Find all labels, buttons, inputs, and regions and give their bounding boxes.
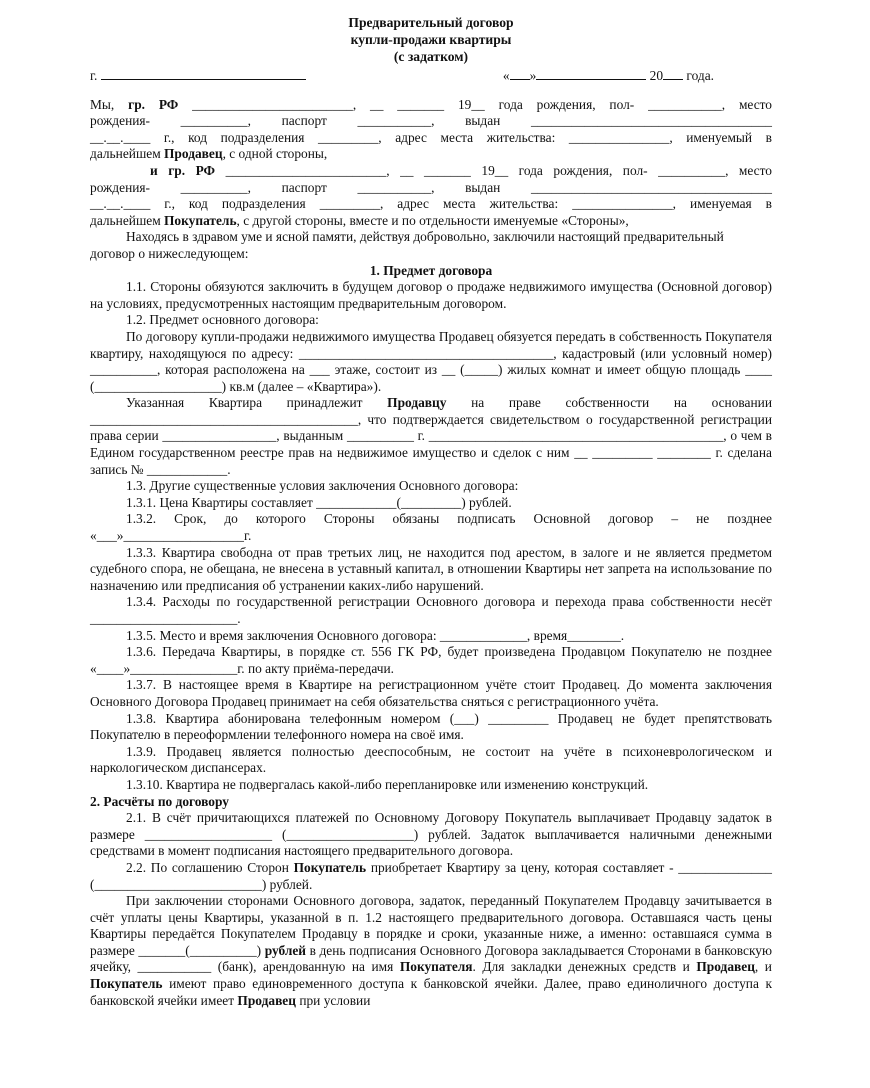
- year-blank: [663, 67, 683, 80]
- clause-1-3-3: 1.3.3. Квартира свободна от прав третьих…: [90, 545, 772, 595]
- month-blank: [536, 67, 646, 80]
- title-line-1: Предварительный договор: [90, 14, 772, 31]
- clause-2-3: При заключении сторонами Основного догов…: [90, 893, 772, 1009]
- city-blank: [101, 67, 306, 80]
- city-field: г.: [90, 67, 306, 85]
- seller-line-4: дальнейшем Продавец, с одной стороны,: [90, 146, 772, 163]
- clause-1-3-10: 1.3.10. Квартира не подвергалась какой-л…: [90, 777, 772, 794]
- clause-2-1: 2.1. В счёт причитающихся платежей по Ос…: [90, 810, 772, 860]
- spacer: [90, 85, 772, 97]
- clause-1-3-8: 1.3.8. Квартира абонирована телефонным н…: [90, 711, 772, 744]
- contract-document: Предварительный договор купли-продажи кв…: [90, 14, 772, 1009]
- clause-1-3-7: 1.3.7. В настоящее время в Квартире на р…: [90, 677, 772, 710]
- seller-line-3: __.__.____ г., код подразделения _______…: [90, 130, 772, 147]
- section-1-heading: 1. Предмет договора: [90, 263, 772, 280]
- seller-line-1: Мы, гр. РФ ________________________, __ …: [90, 97, 772, 114]
- clause-1-2: 1.2. Предмет основного договора:: [90, 312, 772, 329]
- buyer-line-3: __.__.____ г., код подразделения _______…: [90, 196, 772, 213]
- clause-1-3-4: 1.3.4. Расходы по государственной регист…: [90, 594, 772, 627]
- buyer-block: и гр. РФ ________________________, __ __…: [90, 163, 772, 229]
- clause-2-2: 2.2. По соглашению Сторон Покупатель при…: [90, 860, 772, 893]
- place-date-row: г. «» 20 года.: [90, 67, 772, 85]
- section-2-heading: 2. Расчёты по договору: [90, 794, 772, 811]
- clause-1-3: 1.3. Другие существенные условия заключе…: [90, 478, 772, 495]
- clause-1-1: 1.1. Стороны обязуются заключить в будущ…: [90, 279, 772, 312]
- buyer-line-4: дальнейшем Покупатель, с другой стороны,…: [90, 213, 772, 230]
- buyer-line-1: и гр. РФ ________________________, __ __…: [90, 163, 772, 180]
- date-field: «» 20 года.: [503, 67, 714, 85]
- clause-1-3-1: 1.3.1. Цена Квартиры составляет ________…: [90, 495, 772, 512]
- clause-1-2-text: По договору купли-продажи недвижимого им…: [90, 329, 772, 395]
- clause-1-3-2: 1.3.2. Срок, до которого Стороны обязаны…: [90, 511, 772, 544]
- buyer-line-2: рождения- __________, паспорт __________…: [90, 180, 772, 197]
- day-blank: [510, 67, 530, 80]
- preamble: Находясь в здравом уме и ясной памяти, д…: [90, 229, 772, 262]
- clause-1-3-5: 1.3.5. Место и время заключения Основног…: [90, 628, 772, 645]
- clause-1-3-6: 1.3.6. Передача Квартиры, в порядке ст. …: [90, 644, 772, 677]
- seller-line-2: рождения- __________, паспорт __________…: [90, 113, 772, 130]
- clause-1-3-9: 1.3.9. Продавец является полностью деесп…: [90, 744, 772, 777]
- title-line-2: купли-продажи квартиры: [90, 31, 772, 48]
- title-line-3: (с задатком): [90, 48, 772, 65]
- seller-block: Мы, гр. РФ ________________________, __ …: [90, 97, 772, 163]
- document-title: Предварительный договор купли-продажи кв…: [90, 14, 772, 65]
- ownership-clause: Указанная Квартира принадлежит Продавцу …: [90, 395, 772, 478]
